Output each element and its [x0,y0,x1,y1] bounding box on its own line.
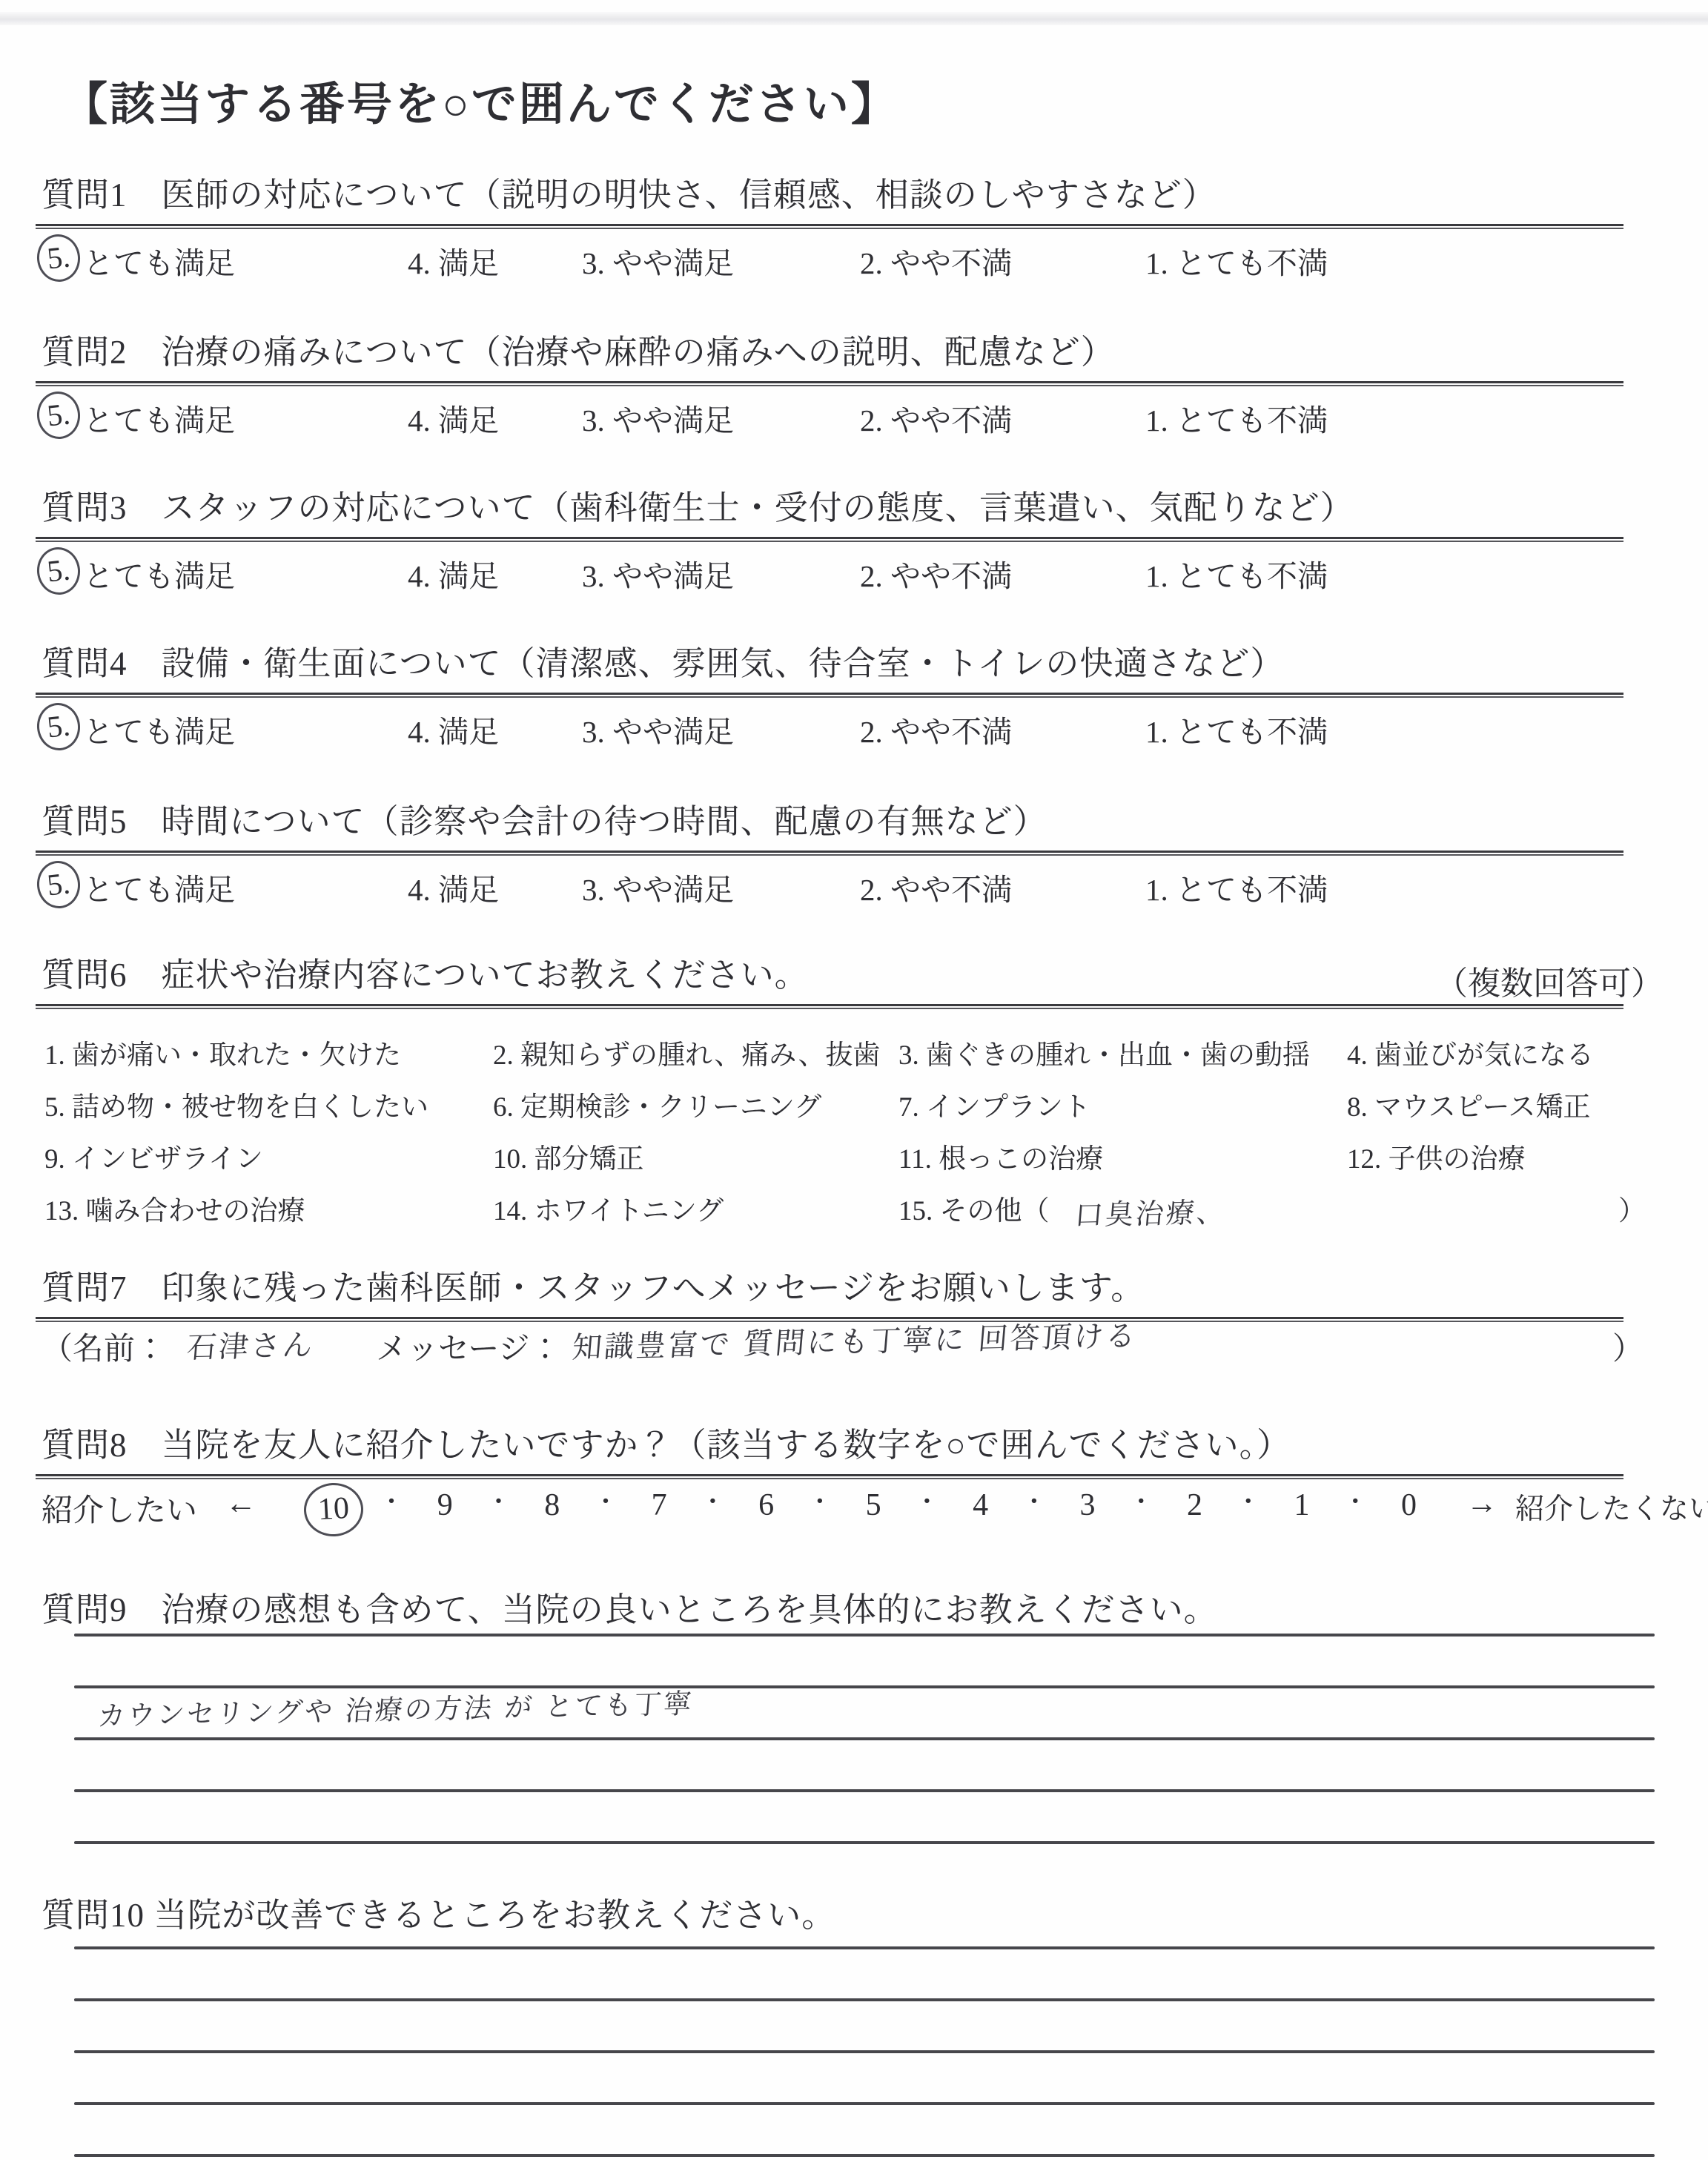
question-2-underline [36,381,1623,386]
option-number: 5. [45,552,71,588]
question-6-row-4: 13. 噛み合わせの治療 14. ホワイトニング 15. その他（ 口臭治療、 … [44,1188,1666,1240]
right-arrow-icon: → [1466,1486,1497,1522]
question-5-underline [36,851,1623,856]
question-1-option-4: 4. 満足 [408,239,499,283]
option-label: とても満足 [83,246,235,280]
dot-separator: ・ [486,1482,511,1518]
score-2: 2 [1187,1487,1202,1523]
q7-name-label: （名前： [42,1324,166,1369]
hand-drawn-circle: 5. [35,389,82,441]
question-1-option-1: 1. とても不満 [1145,239,1328,283]
score-9: 9 [437,1487,453,1523]
answer-line [74,1634,1655,1636]
dot-separator: ・ [914,1482,939,1518]
score-7: 7 [652,1487,667,1523]
option-number: 5. [45,865,71,902]
question-7-heading: 質問7 印象に残った歯科医師・スタッフへメッセージをお願いします。 [42,1269,1666,1308]
question-1-section: 質問1 医師の対応について（説明の明快さ、信頼感、相談のしやすさなど） 5.とて… [42,176,1666,215]
dot-separator: ・ [379,1482,404,1518]
survey-form-scan: 【該当する番号を○で囲んでください】 質問1 医師の対応について（説明の明快さ、… [0,0,1708,2160]
q6-item-15-other-label: 15. その他（ [898,1188,1050,1228]
scan-edge-shadow [0,12,1708,25]
q6-item-12: 12. 子供の治療 [1347,1136,1526,1176]
question-4-options: 5.とても満足 4. 満足 3. やや満足 2. やや不満 1. とても不満 [42,707,1666,759]
hand-drawn-circle: 10 [302,1482,365,1538]
answer-line [74,1998,1655,2001]
question-2-section: 質問2 治療の痛みについて（治療や麻酔の痛みへの説明、配慮など） 5.とても満足… [42,334,1666,372]
hand-drawn-circle: 5. [35,545,82,597]
question-4-heading: 質問4 設備・衛生面について（清潔感、雰囲気、待合室・トイレの快適さなど） [42,645,1666,684]
question-3-option-5-selected: 5.とても満足 [42,552,235,595]
question-5-option-5-selected: 5.とても満足 [42,865,235,909]
answer-line [74,1685,1655,1688]
score-6: 6 [758,1487,774,1523]
dot-separator: ・ [807,1482,833,1518]
question-1-option-3: 3. やや満足 [582,239,734,283]
question-4-option-4: 4. 満足 [408,707,499,751]
question-6-row-2: 5. 詰め物・被せ物を白くしたい 6. 定期検診・クリーニング 7. インプラン… [44,1084,1666,1136]
question-4-option-3: 3. やや満足 [582,707,734,751]
q6-item-1: 1. 歯が痛い・取れた・欠けた [44,1032,401,1072]
question-10-section: 質問10 当院が改善できるところをお教えください。 [42,1897,1666,1935]
answer-line [74,2102,1655,2105]
score-0: 0 [1401,1487,1417,1523]
hand-drawn-circle: 5. [35,232,82,284]
dot-separator: ・ [1128,1482,1153,1518]
answer-line [74,1737,1655,1740]
question-6-section: 質問6 症状や治療内容についてお教えください。 （複数回答可） 1. 歯が痛い・… [42,957,1666,995]
option-label: とても満足 [83,403,235,437]
question-6-row-1: 1. 歯が痛い・取れた・欠けた 2. 親知らずの腫れ、痛み、抜歯 3. 歯ぐきの… [44,1032,1666,1084]
question-6-heading: 質問6 症状や治療内容についてお教えください。 [42,957,1666,995]
question-9-heading: 質問9 治療の感想も含めて、当院の良いところを具体的にお教えください。 [42,1591,1666,1630]
q6-item-6: 6. 定期検診・クリーニング [493,1084,821,1124]
question-9-section: 質問9 治療の感想も含めて、当院の良いところを具体的にお教えください。 カウンセ… [42,1591,1666,1630]
form-title: 【該当する番号を○で囲んでください】 [62,68,898,133]
question-4-option-5-selected: 5.とても満足 [42,707,235,751]
question-3-heading: 質問3 スタッフの対応について（歯科衛生士・受付の態度、言葉遣い、気配りなど） [42,489,1666,528]
question-5-option-3: 3. やや満足 [582,865,734,909]
question-5-heading: 質問5 時間について（診察や会計の待つ時間、配慮の有無など） [42,803,1666,842]
question-6-row-3: 9. インビザライン 10. 部分矯正 11. 根っこの治療 12. 子供の治療 [44,1136,1666,1188]
q6-other-closing-paren: ） [1618,1188,1646,1228]
question-8-underline [36,1474,1623,1479]
question-3-option-4: 4. 満足 [408,552,499,595]
answer-line [74,1841,1655,1844]
q7-name-handwritten: 石津さん [185,1321,317,1367]
q6-item-7: 7. インプラント [898,1084,1090,1124]
q8-right-label: 紹介したくない [1515,1486,1708,1527]
question-2-option-4: 4. 満足 [408,396,499,440]
question-2-option-1: 1. とても不満 [1145,396,1328,440]
question-2-options: 5.とても満足 4. 満足 3. やや満足 2. やや不満 1. とても不満 [42,396,1666,448]
question-2-option-2: 2. やや不満 [860,396,1012,440]
score-10: 10 [317,1491,350,1527]
option-label: とても満足 [83,715,235,749]
q7-message-label: メッセージ： [376,1324,560,1369]
q6-item-11: 11. 根っこの治療 [898,1136,1103,1176]
question-8-nps-scale: 紹介したい ← 10 ・ 9 ・ 8 ・ 7 ・ 6 ・ 5 ・ 4 ・ 3 ・… [42,1482,1666,1548]
option-number: 5. [45,239,71,275]
answer-line [74,2050,1655,2053]
q8-number-scale: ・ 9 ・ 8 ・ 7 ・ 6 ・ 5 ・ 4 ・ 3 ・ 2 ・ 1 ・ 0 [379,1486,1417,1523]
left-arrow-icon: ← [225,1486,256,1522]
question-1-options: 5.とても満足 4. 満足 3. やや満足 2. やや不満 1. とても不満 [42,239,1666,291]
question-3-underline [36,537,1623,542]
score-3: 3 [1080,1487,1096,1523]
question-1-option-2: 2. やや不満 [860,239,1012,283]
score-8: 8 [544,1487,560,1523]
question-2-option-3: 3. やや満足 [582,396,734,440]
option-label: とても満足 [83,559,235,593]
q6-item-5: 5. 詰め物・被せ物を白くしたい [44,1084,428,1124]
dot-separator: ・ [593,1482,618,1518]
score-4: 4 [973,1487,988,1523]
q6-item-13: 13. 噛み合わせの治療 [44,1188,305,1228]
q6-item-2: 2. 親知らずの腫れ、痛み、抜歯 [493,1032,880,1072]
question-10-heading: 質問10 当院が改善できるところをお教えください。 [42,1897,1666,1935]
score-5: 5 [866,1487,881,1523]
question-3-option-1: 1. とても不満 [1145,552,1328,595]
dot-separator: ・ [1343,1482,1368,1518]
question-7-answer-line: （名前： 石津さん メッセージ： 知識豊富で 質問にも丁寧に 回答頂ける ） [42,1324,1666,1376]
question-3-section: 質問3 スタッフの対応について（歯科衛生士・受付の態度、言葉遣い、気配りなど） … [42,489,1666,528]
question-1-heading: 質問1 医師の対応について（説明の明快さ、信頼感、相談のしやすさなど） [42,176,1666,215]
q6-other-handwritten-answer: 口臭治療、 [1073,1189,1229,1233]
dot-separator: ・ [700,1482,725,1518]
option-label: とても満足 [83,873,235,907]
question-5-option-2: 2. やや不満 [860,865,1012,909]
option-number: 5. [45,396,71,432]
question-4-option-1: 1. とても不満 [1145,707,1328,751]
score-1: 1 [1294,1487,1309,1523]
question-2-heading: 質問2 治療の痛みについて（治療や麻酔の痛みへの説明、配慮など） [42,334,1666,372]
answer-line [74,1946,1655,1949]
answer-line [74,2154,1655,2157]
question-8-section: 質問8 当院を友人に紹介したいですか？（該当する数字を○で囲んでください。） 紹… [42,1427,1666,1465]
q8-left-label: 紹介したい [42,1486,197,1530]
question-6-underline [36,1004,1623,1009]
question-6-multi-answer-note: （複数回答可） [1435,957,1664,1004]
question-1-option-5-selected: 5.とても満足 [42,239,235,283]
question-5-option-4: 4. 満足 [408,865,499,909]
q7-closing-paren: ） [1612,1324,1644,1369]
hand-drawn-circle: 5. [35,701,82,753]
question-2-option-5-selected: 5.とても満足 [42,396,235,440]
hand-drawn-circle: 5. [35,859,82,911]
question-5-section: 質問5 時間について（診察や会計の待つ時間、配慮の有無など） 5.とても満足 4… [42,803,1666,842]
question-3-options: 5.とても満足 4. 満足 3. やや満足 2. やや不満 1. とても不満 [42,552,1666,604]
question-7-section: 質問7 印象に残った歯科医師・スタッフへメッセージをお願いします。 （名前： 石… [42,1269,1666,1308]
option-number: 5. [45,707,71,744]
question-5-option-1: 1. とても不満 [1145,865,1328,909]
answer-line [74,1789,1655,1792]
q8-selected-score: 10 [308,1486,366,1536]
q6-item-10: 10. 部分矯正 [493,1136,644,1176]
q6-item-4: 4. 歯並びが気になる [1347,1032,1594,1072]
q6-item-8: 8. マウスピース矯正 [1347,1084,1591,1124]
question-4-option-2: 2. やや不満 [860,707,1012,751]
question-8-heading: 質問8 当院を友人に紹介したいですか？（該当する数字を○で囲んでください。） [42,1427,1666,1465]
question-4-underline [36,693,1623,698]
q6-item-9: 9. インビザライン [44,1136,263,1176]
question-1-underline [36,224,1623,229]
question-3-option-3: 3. やや満足 [582,552,734,595]
q6-item-14: 14. ホワイトニング [493,1188,724,1228]
q9-handwritten-answer: カウンセリングや 治療の方法 が とても丁寧 [96,1681,695,1734]
q6-item-3: 3. 歯ぐきの腫れ・出血・歯の動揺 [898,1032,1310,1072]
dot-separator: ・ [1236,1482,1261,1518]
question-5-options: 5.とても満足 4. 満足 3. やや満足 2. やや不満 1. とても不満 [42,865,1666,917]
question-4-section: 質問4 設備・衛生面について（清潔感、雰囲気、待合室・トイレの快適さなど） 5.… [42,645,1666,684]
question-3-option-2: 2. やや不満 [860,552,1012,595]
dot-separator: ・ [1022,1482,1047,1518]
